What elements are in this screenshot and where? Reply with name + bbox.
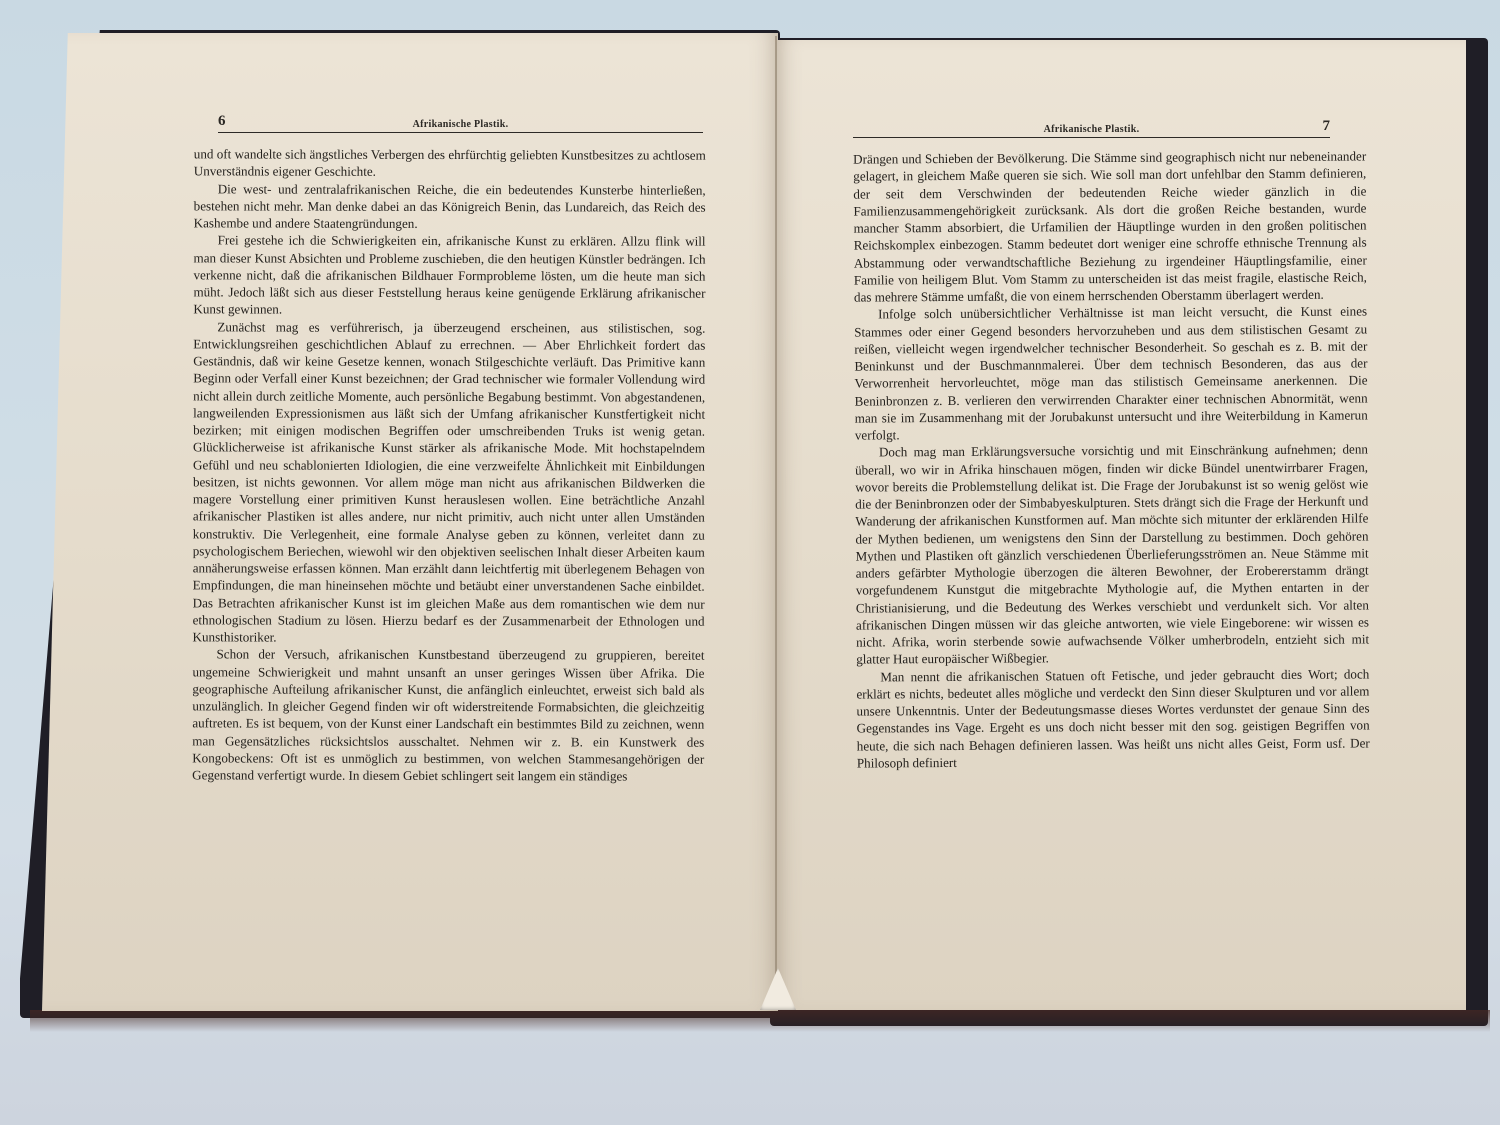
running-head: Afrikanische Plastik.: [226, 119, 696, 130]
left-page-body: und oft wandelte sich ängstliches Verber…: [192, 145, 706, 785]
book-spine: [775, 36, 777, 976]
running-head: Afrikanische Plastik.: [861, 124, 1323, 135]
paragraph: und oft wandelte sich ängstliches Verber…: [194, 145, 706, 181]
paragraph: Man nennt die afrikanischen Statuen oft …: [856, 665, 1370, 772]
paragraph: Drängen und Schieben der Bevölkerung. Di…: [853, 147, 1367, 305]
right-page-header: 7 Afrikanische Plastik. 7: [853, 118, 1330, 138]
book-shadow: [30, 1010, 1490, 1032]
paragraph: Schon der Versuch, afrikanischen Kunstbe…: [192, 646, 704, 785]
left-page-header: 6 Afrikanische Plastik. 6: [218, 113, 703, 133]
page-number: 7: [1323, 118, 1331, 135]
page-number: 6: [218, 113, 226, 130]
paragraph: Doch mag man Erklärungsversuche vorsicht…: [855, 441, 1369, 668]
paragraph: Infolge solch unübersichtlicher Verhältn…: [854, 303, 1368, 444]
right-page-body: Drängen und Schieben der Bevölkerung. Di…: [853, 147, 1370, 771]
paragraph: Frei gestehe ich die Schwierigkeiten ein…: [193, 232, 705, 320]
paragraph: Die west- und zentralafrikanischen Reich…: [194, 180, 706, 233]
paragraph: Zunächst mag es verführerisch, ja überze…: [193, 318, 706, 647]
